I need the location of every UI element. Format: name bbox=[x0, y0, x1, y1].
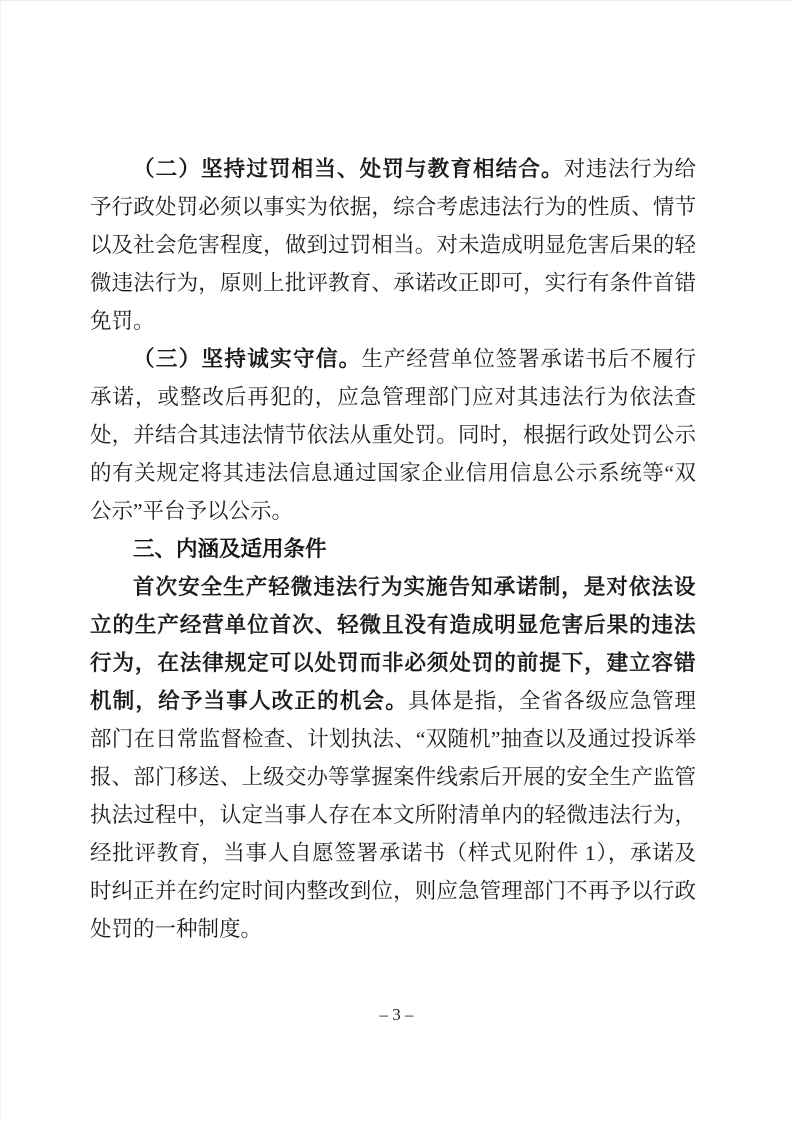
paragraph-principle-3-text: 生产经营单位签署承诺书后不履行承诺，或整改后再犯的，应急管理部门应对其违法行为依… bbox=[90, 347, 696, 523]
paragraph-principle-2: （二）坚持过罚相当、处罚与教育相结合。对违法行为给予行政处罚必须以事实为依据，综… bbox=[90, 150, 696, 340]
paragraph-principle-2-lead: （二）坚持过罚相当、处罚与教育相结合。 bbox=[133, 157, 564, 181]
paragraph-definition-text: 具体是指，全省各级应急管理部门在日常监督检查、计划执法、“双随机”抽查以及通过投… bbox=[90, 689, 696, 941]
page-number: – 3 – bbox=[380, 1005, 414, 1024]
section-heading: 三、内涵及适用条件 bbox=[90, 530, 696, 568]
page-footer: – 3 – bbox=[0, 1000, 793, 1030]
document-page: （二）坚持过罚相当、处罚与教育相结合。对违法行为给予行政处罚必须以事实为依据，综… bbox=[0, 0, 793, 1122]
document-body: （二）坚持过罚相当、处罚与教育相结合。对违法行为给予行政处罚必须以事实为依据，综… bbox=[90, 150, 696, 948]
paragraph-principle-3: （三）坚持诚实守信。生产经营单位签署承诺书后不履行承诺，或整改后再犯的，应急管理… bbox=[90, 340, 696, 530]
paragraph-definition: 首次安全生产轻微违法行为实施告知承诺制，是对依法设立的生产经营单位首次、轻微且没… bbox=[90, 568, 696, 948]
paragraph-principle-2-text: 对违法行为给予行政处罚必须以事实为依据，综合考虑违法行为的性质、情节以及社会危害… bbox=[90, 157, 696, 333]
paragraph-principle-3-lead: （三）坚持诚实守信。 bbox=[133, 347, 362, 371]
